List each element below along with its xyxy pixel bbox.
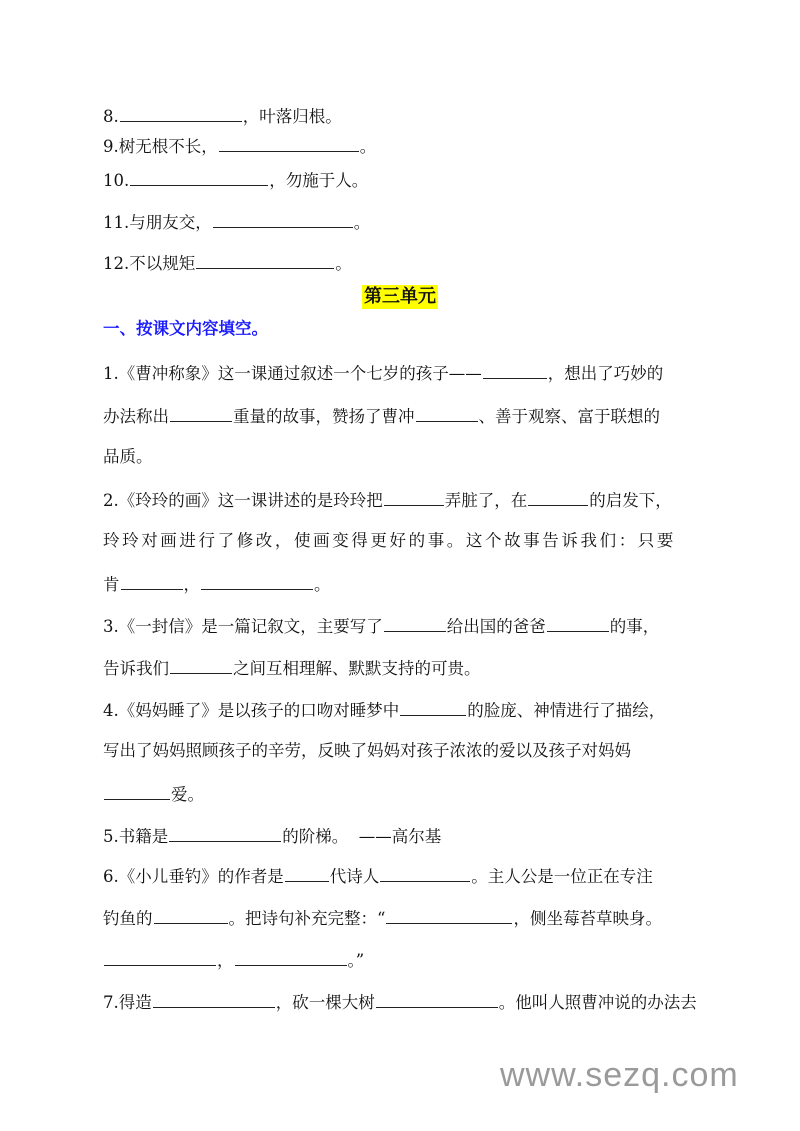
question-text: 重量的故事，赞扬了曹冲 [233, 407, 415, 426]
question-6-line-3: ，。” [103, 948, 364, 970]
question-1-line-1: 1.《曹冲称象》这一课通过叙述一个七岁的孩子——，想出了巧妙的 [103, 361, 663, 383]
answer-blank[interactable] [170, 404, 232, 422]
question-text: ，想出了巧妙的 [548, 364, 664, 383]
question-1-line-3: 品质。 [103, 446, 153, 468]
proverb-item-9: 9.树无根不长，。 [103, 134, 376, 156]
item-number: 12. [103, 254, 129, 273]
question-text: 2.《玲玲的画》这一课讲述的是玲玲把 [103, 491, 383, 510]
question-text: 。把诗句补充完整：“ [229, 909, 386, 928]
question-text: 弄脏了，在 [445, 491, 528, 510]
question-text: 、善于观察、富于联想的 [479, 407, 661, 426]
answer-blank[interactable] [416, 404, 478, 422]
answer-blank[interactable] [376, 990, 498, 1008]
item-number: 10. [103, 171, 129, 190]
question-text: 办法称出 [103, 407, 169, 426]
item-number: 8. [103, 107, 119, 126]
answer-blank[interactable] [219, 134, 359, 152]
answer-blank[interactable] [170, 656, 232, 674]
question-text: 的脸庞、神情进行了描绘， [467, 701, 665, 720]
question-text: 告诉我们 [103, 659, 169, 678]
question-text: 6.《小儿垂钓》的作者是 [103, 867, 284, 886]
question-text: 。主人公是一位正在专注 [471, 867, 653, 886]
question-text: 品质。 [103, 447, 153, 466]
answer-blank[interactable] [104, 782, 170, 800]
answer-blank[interactable] [154, 906, 228, 924]
question-text: 3.《一封信》是一篇记叙文，主要写了 [103, 617, 383, 636]
question-text: 5.书籍是 [103, 827, 168, 846]
answer-blank[interactable] [483, 361, 547, 379]
item-text: 。 [360, 137, 377, 156]
answer-blank[interactable] [196, 251, 334, 269]
question-text: ，侧坐莓苔草映身。 [513, 909, 662, 928]
item-number: 11. [103, 213, 129, 232]
item-text: 。 [335, 254, 352, 273]
question-5: 5.书籍是的阶梯。 ——高尔基 [103, 824, 441, 846]
item-number: 9. [103, 137, 119, 156]
question-2-line-2: 玲玲对画进行了修改，使画变得更好的事。这个故事告诉我们：只要 [103, 530, 676, 552]
question-4-line-3: 爱。 [103, 782, 204, 804]
question-2-line-1: 2.《玲玲的画》这一课讲述的是玲玲把弄脏了，在的启发下， [103, 488, 672, 510]
answer-blank[interactable] [121, 572, 183, 590]
proverb-item-10: 10.，勿施于人。 [103, 168, 368, 190]
answer-blank[interactable] [130, 168, 268, 186]
item-text: 树无根不长， [119, 137, 218, 156]
question-text: ， [184, 575, 201, 594]
answer-blank[interactable] [547, 614, 609, 632]
watermark: www.sezq.com [500, 1056, 739, 1095]
answer-blank[interactable] [528, 488, 588, 506]
answer-blank[interactable] [285, 864, 329, 882]
question-text: 4.《妈妈睡了》是以孩子的口吻对睡梦中 [103, 701, 399, 720]
item-text: 。 [354, 213, 371, 232]
question-4-line-1: 4.《妈妈睡了》是以孩子的口吻对睡梦中的脸庞、神情进行了描绘， [103, 698, 665, 720]
answer-blank[interactable] [384, 614, 446, 632]
question-text: 给出国的爸爸 [447, 617, 546, 636]
answer-blank[interactable] [153, 990, 275, 1008]
question-text: ，砍一棵大树 [276, 993, 375, 1012]
answer-blank[interactable] [201, 572, 313, 590]
question-4-line-2: 写出了妈妈照顾孩子的辛劳，反映了妈妈对孩子浓浓的爱以及孩子对妈妈 [103, 740, 631, 762]
item-text: 不以规矩 [129, 254, 195, 273]
section-heading: 一、按课文内容填空。 [103, 318, 268, 340]
question-text: 写出了妈妈照顾孩子的辛劳，反映了妈妈对孩子浓浓的爱以及孩子对妈妈 [103, 741, 631, 760]
answer-blank[interactable] [104, 948, 216, 966]
question-text: 钓鱼的 [103, 909, 153, 928]
question-text: 之间互相理解、默默支持的可贵。 [233, 659, 481, 678]
question-text: 1.《曹冲称象》这一课通过叙述一个七岁的孩子—— [103, 364, 482, 383]
item-text: 与朋友交， [129, 213, 212, 232]
question-text: 。 [314, 575, 331, 594]
question-text: 爱。 [171, 785, 204, 804]
question-6-line-1: 6.《小儿垂钓》的作者是代诗人。主人公是一位正在专注 [103, 864, 653, 886]
answer-blank[interactable] [380, 864, 470, 882]
question-3-line-1: 3.《一封信》是一篇记叙文，主要写了给出国的爸爸的事， [103, 614, 659, 636]
proverb-item-12: 12.不以规矩。 [103, 251, 352, 273]
quote-attribution: ——高尔基 [359, 827, 442, 846]
answer-blank[interactable] [169, 824, 281, 842]
unit-heading-wrap: 第三单元 [0, 285, 800, 309]
answer-blank[interactable] [400, 698, 466, 716]
question-text: ， [217, 951, 234, 970]
question-text: 。他叫人照曹冲说的办法去 [499, 993, 697, 1012]
answer-blank[interactable] [120, 104, 242, 122]
unit-heading: 第三单元 [362, 285, 438, 309]
question-text: 玲玲对画进行了修改，使画变得更好的事。这个故事告诉我们：只要 [103, 531, 676, 550]
proverb-item-11: 11.与朋友交，。 [103, 210, 370, 232]
question-text: 的阶梯。 [282, 827, 348, 846]
answer-blank[interactable] [235, 948, 347, 966]
question-text: 代诗人 [330, 867, 380, 886]
item-text: ，勿施于人。 [269, 171, 368, 190]
answer-blank[interactable] [384, 488, 444, 506]
worksheet-page: 8.，叶落归根。 9.树无根不长，。 10.，勿施于人。 11.与朋友交，。 1… [0, 0, 800, 1131]
question-2-line-3: 肯，。 [103, 572, 331, 594]
question-text: 的事， [610, 617, 660, 636]
question-text: 的启发下， [589, 491, 672, 510]
question-3-line-2: 告诉我们之间互相理解、默默支持的可贵。 [103, 656, 481, 678]
answer-blank[interactable] [386, 906, 512, 924]
question-text: 7.得造 [103, 993, 152, 1012]
proverb-item-8: 8.，叶落归根。 [103, 104, 342, 126]
answer-blank[interactable] [213, 210, 353, 228]
question-text: 。” [348, 951, 365, 970]
question-6-line-2: 钓鱼的。把诗句补充完整：“，侧坐莓苔草映身。 [103, 906, 662, 928]
question-7-line-1: 7.得造，砍一棵大树。他叫人照曹冲说的办法去 [103, 990, 697, 1012]
item-text: ，叶落归根。 [243, 107, 342, 126]
question-1-line-2: 办法称出重量的故事，赞扬了曹冲、善于观察、富于联想的 [103, 404, 660, 426]
question-text: 肯 [103, 575, 120, 594]
